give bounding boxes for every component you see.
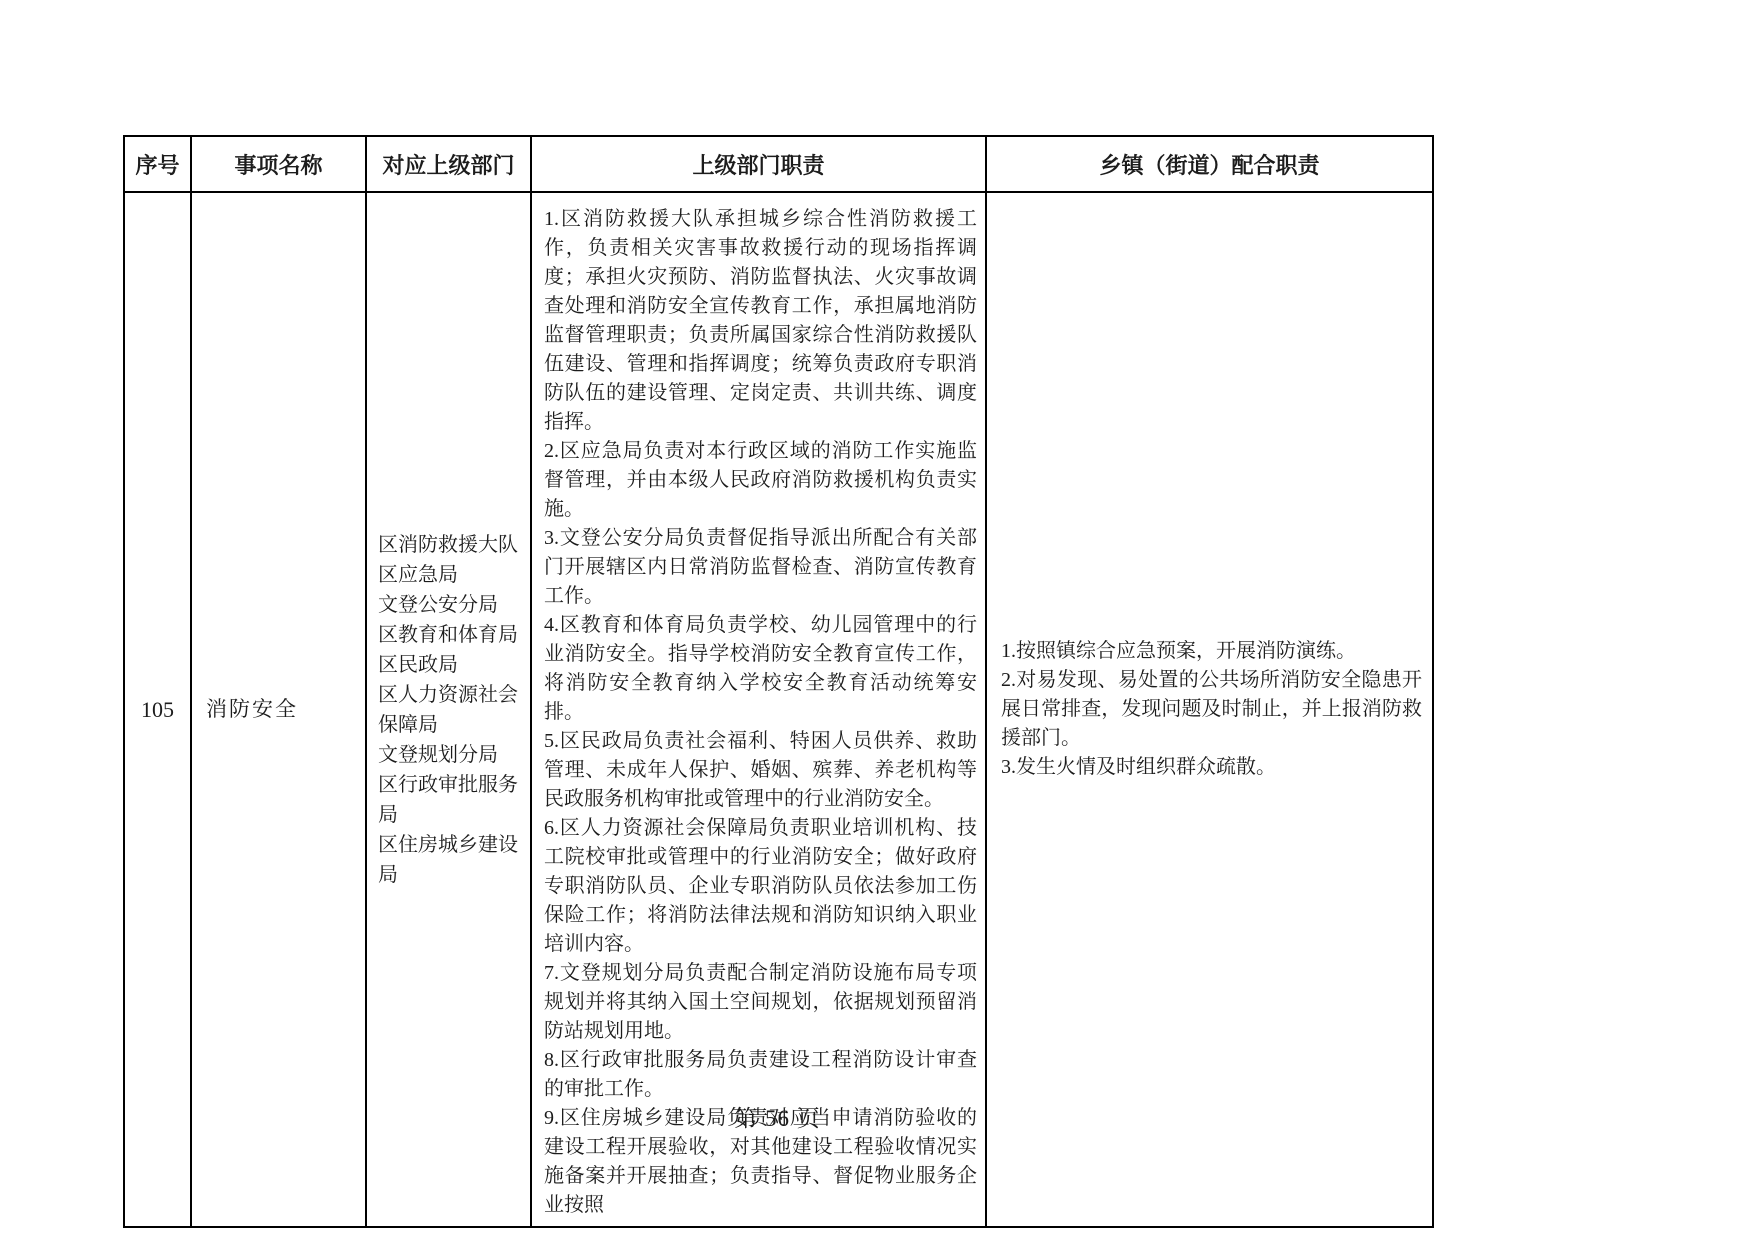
department-item: 区消防救援大队 — [378, 530, 526, 560]
superior-duty-item: 5.区民政局负责社会福利、特困人员供养、救助管理、未成年人保护、婚姻、殡葬、养老… — [544, 727, 977, 814]
department-item: 区人力资源社会保障局 — [378, 680, 526, 740]
department-item: 区民政局 — [378, 650, 526, 680]
township-duty-item: 2.对易发现、易处置的公共场所消防安全隐患开展日常排查，发现问题及时制止，并上报… — [1001, 666, 1422, 753]
department-item: 文登公安分局 — [378, 590, 526, 620]
superior-duty-item: 1.区消防救援大队承担城乡综合性消防救援工作，负责相关灾害事故救援行动的现场指挥… — [544, 205, 977, 437]
header-township-duties: 乡镇（街道）配合职责 — [986, 136, 1433, 192]
superior-duty-item: 2.区应急局负责对本行政区域的消防工作实施监督管理，并由本级人民政府消防救援机构… — [544, 437, 977, 524]
document-page: 序号 事项名称 对应上级部门 上级部门职责 乡镇（街道）配合职责 105 消防安… — [0, 0, 1754, 1240]
department-item: 区应急局 — [378, 560, 526, 590]
superior-duty-item: 3.文登公安分局负责督促指导派出所配合有关部门开展辖区内日常消防监督检查、消防宣… — [544, 524, 977, 611]
page-number: 第 56 页 — [123, 1100, 1432, 1133]
superior-duty-item: 4.区教育和体育局负责学校、幼儿园管理中的行业消防安全。指导学校消防安全教育宣传… — [544, 611, 977, 727]
township-duty-item: 1.按照镇综合应急预案，开展消防演练。 — [1001, 637, 1422, 666]
township-duty-item: 3.发生火情及时组织群众疏散。 — [1001, 753, 1422, 782]
header-index: 序号 — [124, 136, 191, 192]
header-superior-duties: 上级部门职责 — [531, 136, 986, 192]
superior-duty-item: 8.区行政审批服务局负责建设工程消防设计审查的审批工作。 — [544, 1046, 977, 1104]
header-superior-department: 对应上级部门 — [366, 136, 531, 192]
township-duties-cell: 1.按照镇综合应急预案，开展消防演练。2.对易发现、易处置的公共场所消防安全隐患… — [986, 192, 1433, 1227]
department-list: 区消防救援大队区应急局文登公安分局区教育和体育局区民政局区人力资源社会保障局文登… — [378, 530, 526, 890]
department-item: 区教育和体育局 — [378, 620, 526, 650]
header-item-name: 事项名称 — [191, 136, 366, 192]
superior-duty-item: 7.文登规划分局负责配合制定消防设施布局专项规划并将其纳入国土空间规划，依据规划… — [544, 959, 977, 1046]
superior-duty-item: 6.区人力资源社会保障局负责职业培训机构、技工院校审批或管理中的行业消防安全；做… — [544, 814, 977, 959]
departments-cell: 区消防救援大队区应急局文登公安分局区教育和体育局区民政局区人力资源社会保障局文登… — [366, 192, 531, 1227]
row-index-cell: 105 — [124, 192, 191, 1227]
department-item: 文登规划分局 — [378, 740, 526, 770]
duties-table: 序号 事项名称 对应上级部门 上级部门职责 乡镇（街道）配合职责 105 消防安… — [123, 135, 1434, 1228]
header-row: 序号 事项名称 对应上级部门 上级部门职责 乡镇（街道）配合职责 — [124, 136, 1433, 192]
superior-duty-list: 1.区消防救援大队承担城乡综合性消防救援工作，负责相关灾害事故救援行动的现场指挥… — [544, 205, 977, 1220]
table-row: 105 消防安全 区消防救援大队区应急局文登公安分局区教育和体育局区民政局区人力… — [124, 192, 1433, 1227]
township-duty-list: 1.按照镇综合应急预案，开展消防演练。2.对易发现、易处置的公共场所消防安全隐患… — [1001, 637, 1422, 782]
superior-duties-cell: 1.区消防救援大队承担城乡综合性消防救援工作，负责相关灾害事故救援行动的现场指挥… — [531, 192, 986, 1227]
department-item: 区住房城乡建设局 — [378, 830, 526, 890]
item-name-cell: 消防安全 — [191, 192, 366, 1227]
department-item: 区行政审批服务局 — [378, 770, 526, 830]
